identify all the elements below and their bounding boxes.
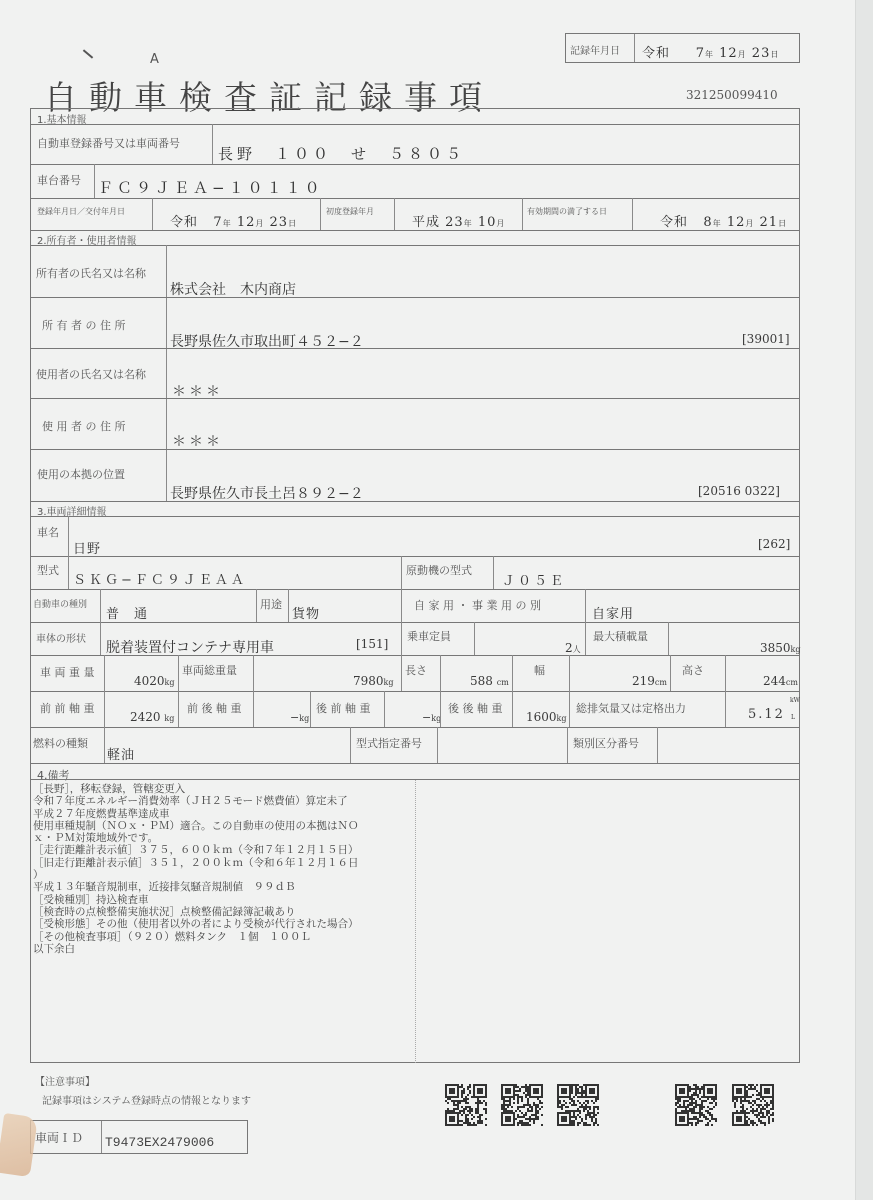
remark-line: ［走行距離計表示値］３７５，６００ｋｍ（令和７年１２月１５日） <box>33 844 359 856</box>
make-value: 日野 <box>73 538 101 557</box>
remark-line: ） <box>33 869 359 881</box>
remark-line: ［旧走行距離計表示値］３５１，２００ｋｍ（令和６年１２月１６日 <box>33 857 359 869</box>
base-location-value: 長野県佐久市長土呂８９２−２ <box>170 483 364 503</box>
engine-model-value: Ｊ０５Ｅ <box>502 570 566 589</box>
height-value: 244cm <box>763 674 798 688</box>
remark-line: ｘ・ＰＭ対策地域外です。 <box>33 832 359 844</box>
make-code: [262] <box>758 537 790 551</box>
remark-line: ［受検種別］持込検査車 <box>33 894 359 906</box>
vehicle-type-value: 普 通 <box>106 603 148 622</box>
remarks-column-divider <box>415 780 416 1063</box>
height-label: 高さ <box>682 662 704 678</box>
qr-code-1 <box>445 1084 487 1130</box>
vehicle-type-label: 自動車の種別 <box>33 597 87 610</box>
expiry-value: 令和 8年 12月 21日 <box>660 211 787 230</box>
registration-date-value: 令和 7年 12月 23日 <box>170 211 297 230</box>
user-address-label: 使 用 者 の 住 所 <box>42 418 125 434</box>
body-shape-code: [151] <box>356 637 388 651</box>
vehicle-weight-label: 車 両 重 量 <box>40 664 95 680</box>
liter-unit: L <box>791 714 795 721</box>
remark-line: ［検査時の点検整備実施状況］点検整備記録簿記載あり <box>33 906 359 918</box>
category-number-label: 類別区分番号 <box>573 735 639 751</box>
rear-front-axle-value: −kg <box>422 711 441 724</box>
qr-code-5 <box>732 1084 774 1130</box>
front-front-axle-label: 前 前 軸 重 <box>40 700 95 716</box>
width-value: 219cm <box>632 674 667 688</box>
chassis-number-value: ＦＣ９ＪＥＡ−１０１１０ <box>98 177 324 198</box>
gross-weight-label: 車両総重量 <box>182 662 237 678</box>
remark-line: 平成１３年騒音規制車，近接排気騒音規制値 ９９ｄＢ <box>33 881 359 893</box>
make-label: 車名 <box>37 524 59 540</box>
remark-line: ［その他検査事項］（９２０）燃料タンク １個 １００Ｌ <box>33 931 359 943</box>
body-shape-value: 脱着装置付コンテナ専用車 <box>106 637 274 657</box>
vehicle-weight-value: 4020kg <box>134 674 175 688</box>
vehicle-id-value: T9473EX2479006 <box>105 1135 214 1150</box>
form-marker: A <box>150 52 159 67</box>
model-label: 型式 <box>37 562 59 578</box>
front-rear-axle-label: 前 後 軸 重 <box>187 700 242 716</box>
qr-code-4 <box>675 1084 717 1130</box>
chassis-number-label: 車台番号 <box>37 172 81 188</box>
record-date-label: 記録年月日 <box>570 42 620 57</box>
qr-code-2 <box>501 1084 543 1130</box>
registration-number-value: 長野 １００ せ ５８０５ <box>218 143 465 164</box>
front-front-axle-value: 2420 kg <box>130 710 174 724</box>
owner-name-label: 所有者の氏名又は名称 <box>36 265 146 281</box>
registration-date-label: 登録年月日／交付年月日 <box>37 206 125 217</box>
capacity-value: 2人 <box>565 641 581 655</box>
rear-front-axle-label: 後 前 軸 重 <box>316 700 371 716</box>
qr-code-3 <box>557 1084 599 1130</box>
engine-model-label: 原動機の型式 <box>406 562 472 578</box>
notes-text: 記録事項はシステム登録時点の情報となります <box>42 1092 251 1107</box>
private-business-label: 自 家 用 ・ 事 業 用 の 別 <box>414 597 541 613</box>
purpose-label: 用途 <box>260 596 282 612</box>
document-number: 321250099410 <box>686 88 778 102</box>
vehicle-id-box: 車両ＩＤ T9473EX2479006 <box>30 1120 248 1154</box>
capacity-label: 乗車定員 <box>407 628 451 644</box>
owner-name-value: 株式会社 木内商店 <box>170 279 296 299</box>
base-location-label: 使用の本拠の位置 <box>37 466 125 482</box>
remark-line: 以下余白 <box>33 943 359 955</box>
section-remarks-heading: 4.備考 <box>37 767 70 783</box>
remark-line: 使用車種規制（ＮＯｘ・ＰＭ）適合。この自動車の使用の本拠はＮＯ <box>33 820 359 832</box>
length-label: 長さ <box>405 662 427 678</box>
fuel-label: 燃料の種類 <box>33 735 88 751</box>
expiry-label: 有効期間の満了する日 <box>527 206 607 217</box>
displacement-label: 総排気量又は定格出力 <box>576 700 686 716</box>
remark-line: 平成２７年度燃費基準達成車 <box>33 808 359 820</box>
remark-line: 令和７年度エネルギー消費効率（ＪＨ２５モード燃費値）算定未了 <box>33 795 359 807</box>
type-designation-label: 型式指定番号 <box>356 735 422 751</box>
record-date-value: 令和 7年 12月 23日 <box>642 42 779 61</box>
registration-number-label: 自動車登録番号又は車両番号 <box>37 135 180 151</box>
first-registration-label: 初度登録年月 <box>326 206 374 217</box>
max-load-label: 最大積載量 <box>593 628 648 644</box>
kw-unit: kW <box>790 697 800 704</box>
rear-rear-axle-value: 1600kg <box>526 710 567 724</box>
width-label: 幅 <box>534 662 545 678</box>
record-date-box: 記録年月日 令和 7年 12月 23日 <box>565 33 800 63</box>
remark-line: ［受検形態］その他（使用者以外の者により受検が代行された場合） <box>33 918 359 930</box>
user-address-value: ＊＊＊ <box>172 431 223 451</box>
rear-rear-axle-label: 後 後 軸 重 <box>448 700 503 716</box>
front-rear-axle-value: −kg <box>290 711 309 724</box>
vehicle-id-label: 車両ＩＤ <box>35 1129 83 1146</box>
body-shape-label: 車体の形状 <box>36 630 86 645</box>
gross-weight-value: 7980kg <box>353 674 394 688</box>
remarks-list: ［長野］，移転登録，管轄変更入 令和７年度エネルギー消費効率（ＪＨ２５モード燃費… <box>33 783 359 955</box>
length-value: 588 cm <box>470 674 509 688</box>
owner-address-label: 所 有 者 の 住 所 <box>42 317 125 333</box>
base-location-code: [20516 0322] <box>698 484 780 498</box>
notes-heading: 【注意事項】 <box>35 1073 95 1088</box>
model-value: ＳＫＧ−ＦＣ９ＪＥＡＡ <box>73 569 247 588</box>
user-name-label: 使用者の氏名又は名称 <box>36 366 146 382</box>
remark-line: ［長野］，移転登録，管轄変更入 <box>33 783 359 795</box>
owner-address-code: [39001] <box>742 332 790 346</box>
first-registration-value: 平成 23年 10月 <box>412 211 505 230</box>
page-edge <box>855 0 873 1200</box>
fuel-value: 軽油 <box>107 744 135 763</box>
displacement-value: 5.12 <box>748 707 785 722</box>
purpose-value: 貨物 <box>292 603 320 622</box>
max-load-value: 3850kg <box>760 641 801 655</box>
private-business-value: 自家用 <box>592 603 634 622</box>
